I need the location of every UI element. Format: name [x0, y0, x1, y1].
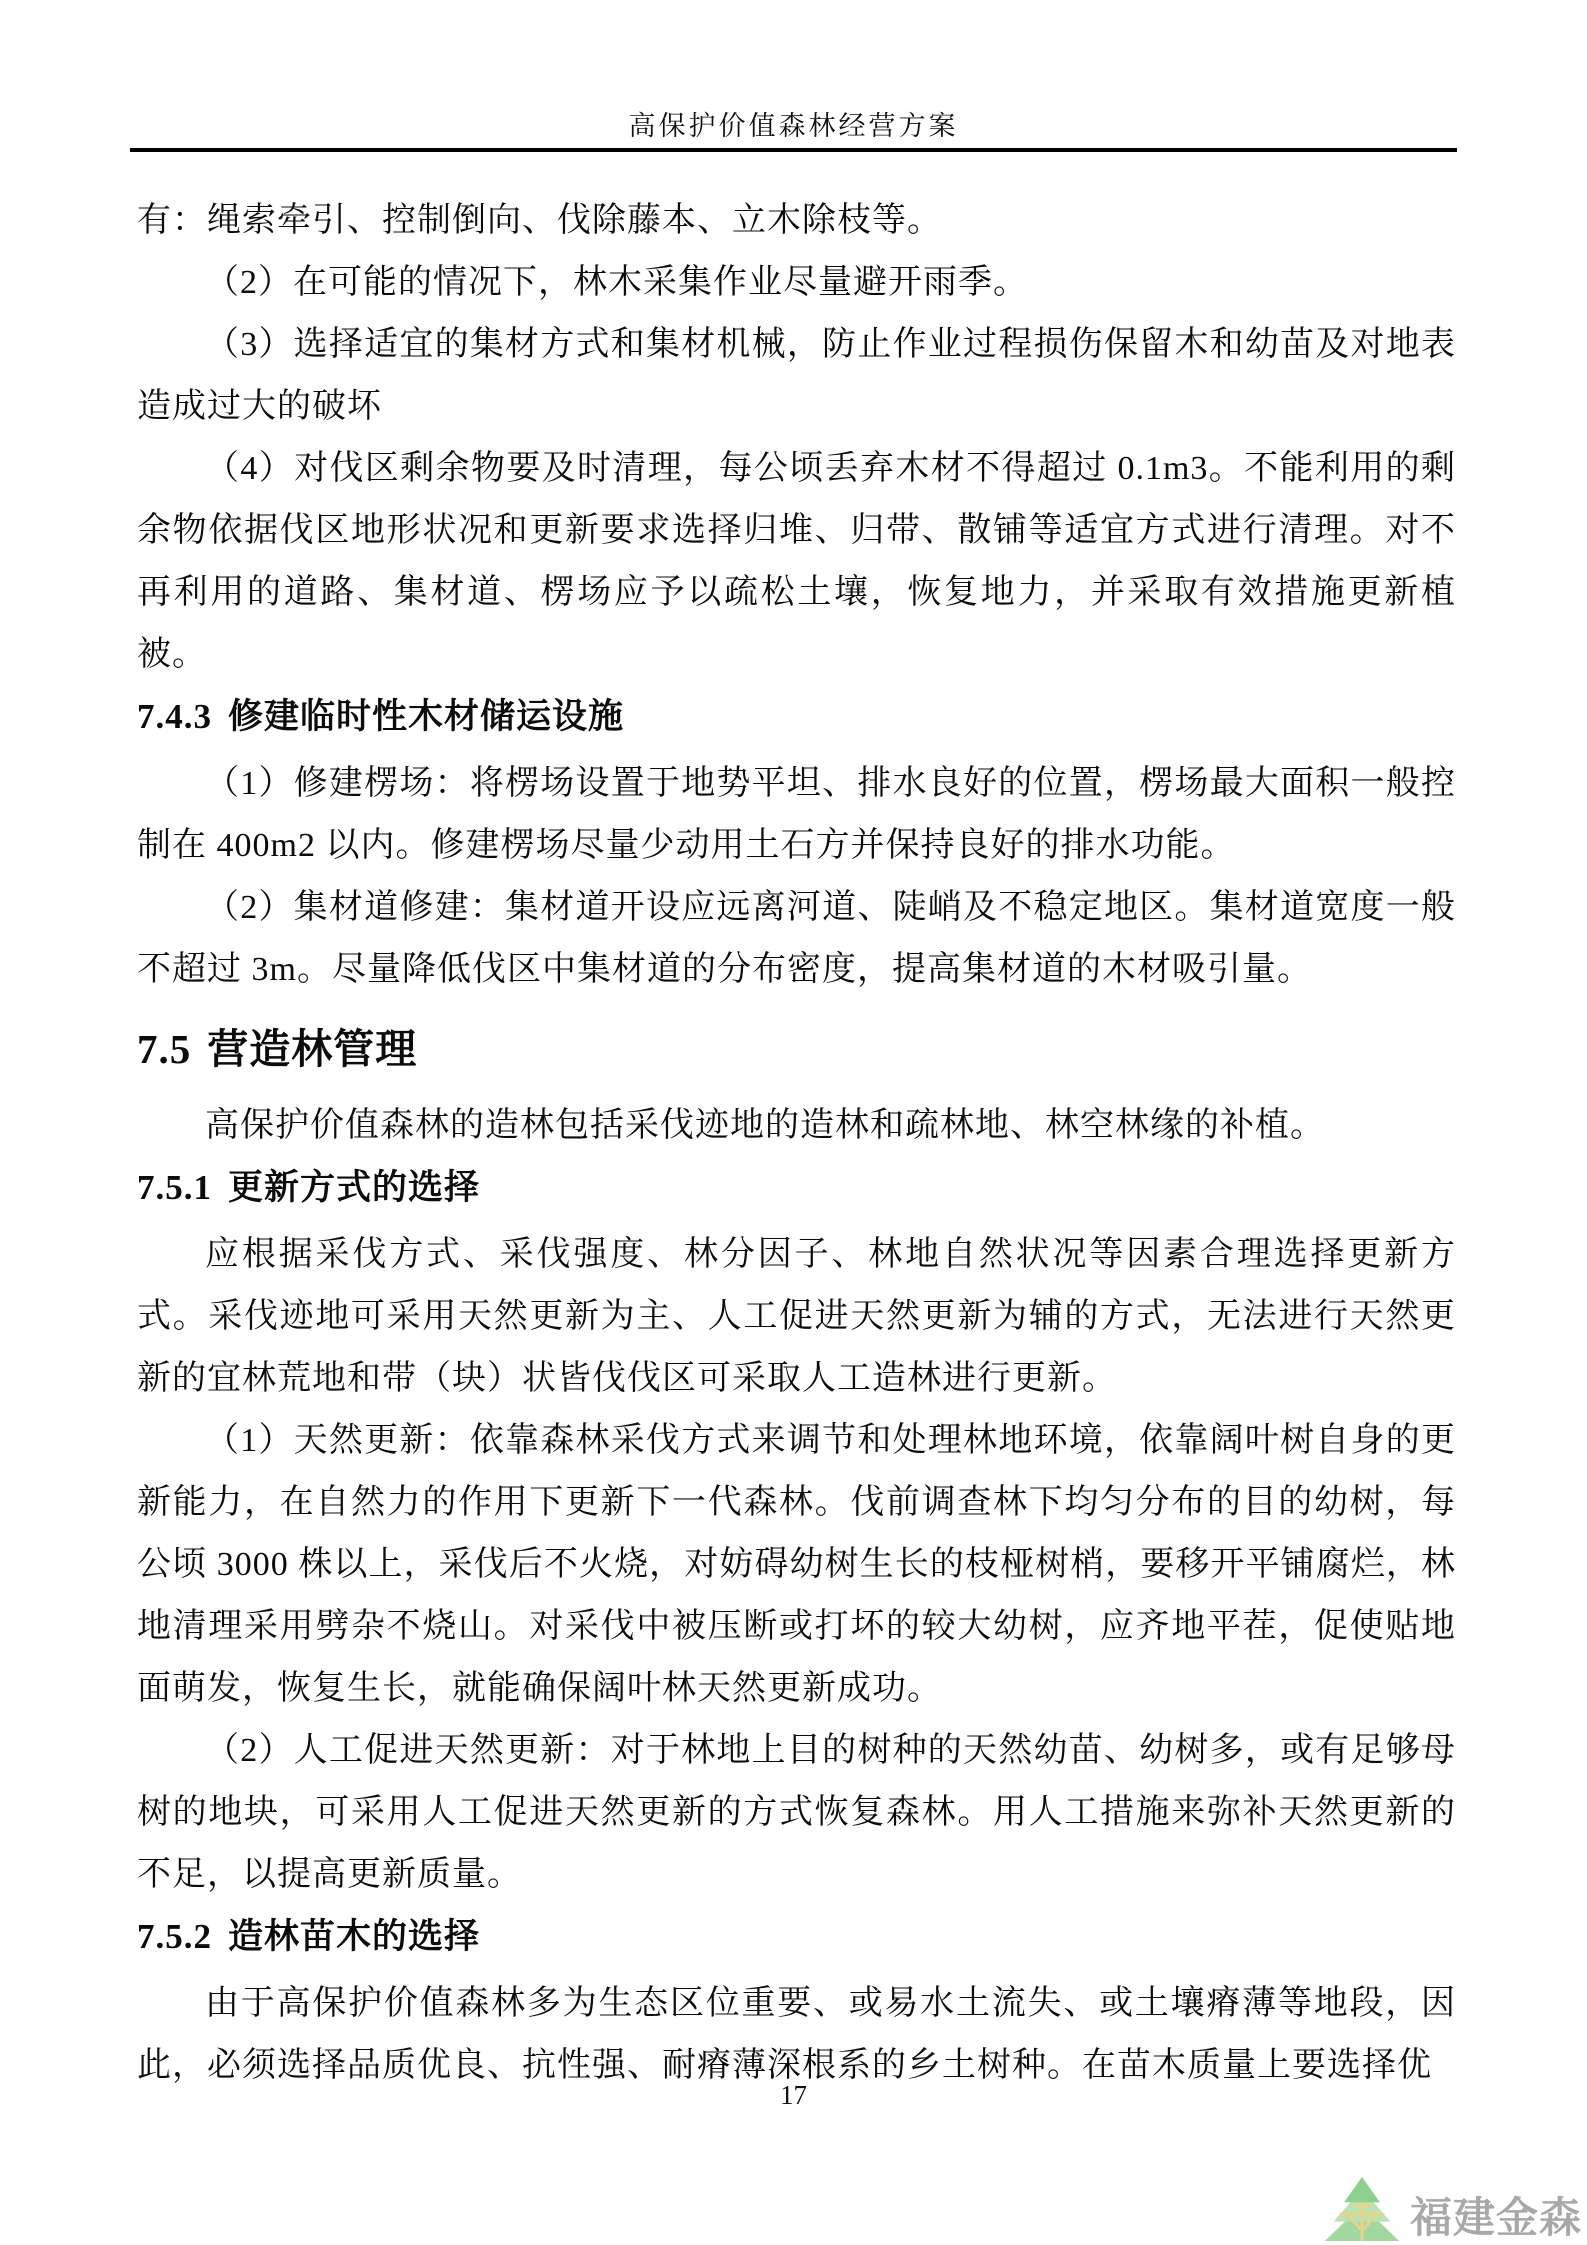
- company-logo: 福建金森: [1324, 2177, 1582, 2241]
- paragraph: 应根据采伐方式、采伐强度、林分因子、林地自然状况等因素合理选择更新方式。采伐迹地…: [137, 1224, 1456, 1410]
- paragraph: 由于高保护价值森林多为生态区位重要、或易水土流失、或土壤瘠薄等地段，因此，必须选…: [137, 1973, 1456, 2097]
- page-header: 高保护价值森林经营方案: [130, 110, 1457, 152]
- paragraph: （2）集材道修建：集材道开设应远离河道、陡峭及不稳定地区。集材道宽度一般不超过 …: [137, 877, 1456, 1001]
- pine-tree-icon: [1324, 2177, 1400, 2241]
- document-page: 高保护价值森林经营方案 有：绳索牵引、控制倒向、伐除藤本、立木除枝等。 （2）在…: [0, 0, 1587, 2245]
- paragraph: （1）修建楞场：将楞场设置于地势平坦、排水良好的位置，楞场最大面积一般控制在 4…: [137, 753, 1456, 877]
- paragraph: （3）选择适宜的集材方式和集材机械，防止作业过程损伤保留木和幼苗及对地表造成过大…: [137, 314, 1456, 438]
- section-heading-7-5: 7.5营造林管理: [137, 1016, 1456, 1082]
- section-heading-7-4-3: 7.4.3修建临时性木材储运设施: [137, 686, 1456, 748]
- section-title: 营造林管理: [207, 1026, 417, 1072]
- section-number: 7.5.1: [137, 1168, 212, 1207]
- section-heading-7-5-2: 7.5.2造林苗木的选择: [137, 1906, 1456, 1968]
- logo-text: 福建金森: [1410, 2195, 1582, 2241]
- section-number: 7.5.2: [137, 1917, 212, 1956]
- page-number: 17: [0, 2080, 1587, 2111]
- paragraph: （1）天然更新：依靠森林采伐方式来调节和处理林地环境，依靠阔叶树自身的更新能力，…: [137, 1410, 1456, 1720]
- section-title: 更新方式的选择: [228, 1168, 480, 1207]
- section-number: 7.4.3: [137, 697, 212, 736]
- paragraph: 有：绳索牵引、控制倒向、伐除藤本、立木除枝等。: [137, 190, 1456, 252]
- section-number: 7.5: [137, 1026, 191, 1072]
- section-title: 修建临时性木材储运设施: [228, 697, 624, 736]
- section-title: 造林苗木的选择: [228, 1917, 480, 1956]
- paragraph: （2）在可能的情况下，林木采集作业尽量避开雨季。: [137, 252, 1456, 314]
- paragraph: （4）对伐区剩余物要及时清理，每公顷丢弃木材不得超过 0.1m3。不能利用的剩余…: [137, 438, 1456, 686]
- header-title: 高保护价值森林经营方案: [130, 110, 1457, 142]
- document-body: 有：绳索牵引、控制倒向、伐除藤本、立木除枝等。 （2）在可能的情况下，林木采集作…: [137, 190, 1456, 2097]
- section-heading-7-5-1: 7.5.1更新方式的选择: [137, 1157, 1456, 1219]
- paragraph: 高保护价值森林的造林包括采伐迹地的造林和疏林地、林空林缘的补植。: [137, 1095, 1456, 1157]
- paragraph: （2）人工促进天然更新：对于林地上目的树种的天然幼苗、幼树多，或有足够母树的地块…: [137, 1720, 1456, 1906]
